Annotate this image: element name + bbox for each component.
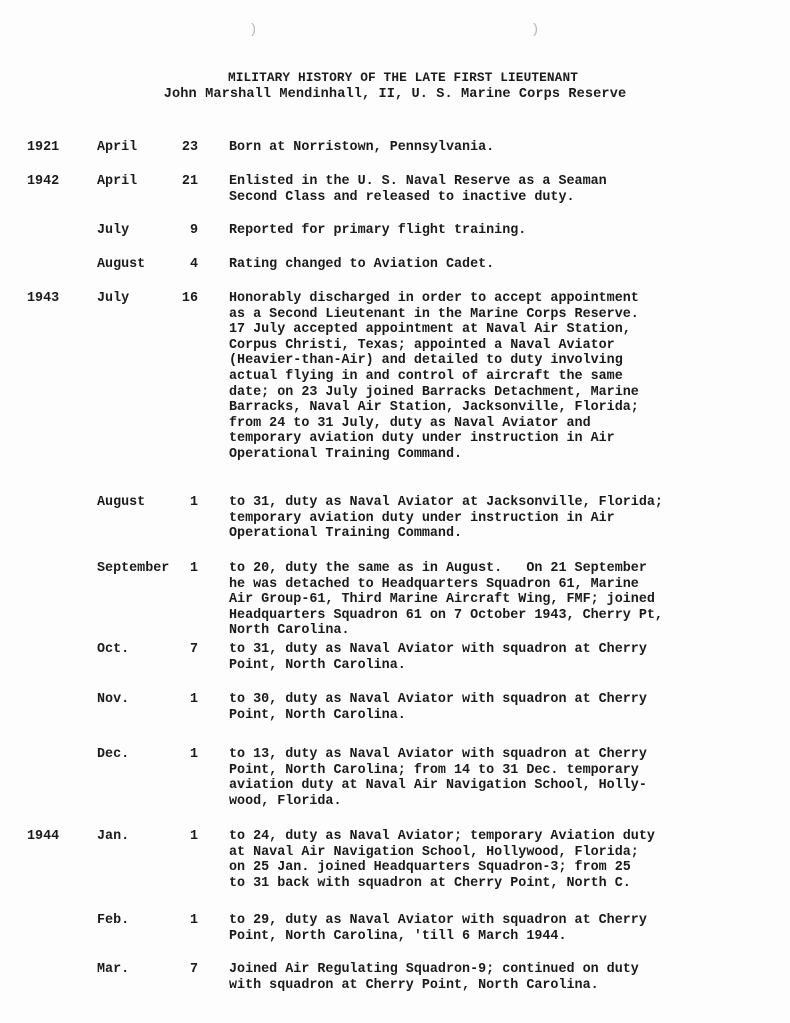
entry-description: to 24, duty as Naval Aviator; temporary …	[229, 829, 789, 891]
entry-month: Nov.	[97, 692, 129, 708]
entry-year: 1942	[27, 174, 59, 190]
entry-description: Reported for primary flight training.	[229, 223, 789, 239]
entry-month: July	[97, 291, 129, 307]
document-subtitle: John Marshall Mendinhall, II, U. S. Mari…	[0, 87, 790, 102]
entry-day: 7	[170, 642, 198, 658]
entry-description: Born at Norristown, Pennsylvania.	[229, 140, 789, 156]
entry-description: to 13, duty as Naval Aviator with squadr…	[229, 747, 789, 809]
entry-description: to 31, duty as Naval Aviator with squadr…	[229, 642, 789, 673]
entry-day: 4	[170, 257, 198, 273]
entry-month: Dec.	[97, 747, 129, 763]
entry-month: Feb.	[97, 913, 129, 929]
entry-description: to 29, duty as Naval Aviator with squadr…	[229, 913, 789, 944]
entry-description: to 31, duty as Naval Aviator at Jacksonv…	[229, 495, 789, 542]
entry-month: Oct.	[97, 642, 129, 658]
entry-day: 23	[170, 140, 198, 156]
entry-month: August	[97, 257, 145, 273]
entry-year: 1944	[27, 829, 59, 845]
entry-description: Rating changed to Aviation Cadet.	[229, 257, 789, 273]
entry-day: 1	[170, 561, 198, 577]
entry-day: 1	[170, 692, 198, 708]
entry-description: to 20, duty the same as in August. On 21…	[229, 561, 789, 639]
entry-month: August	[97, 495, 145, 511]
entry-month: April	[97, 140, 137, 156]
entry-day: 21	[170, 174, 198, 190]
entry-day: 16	[170, 291, 198, 307]
entry-day: 1	[170, 747, 198, 763]
margin-mark-right: )	[531, 22, 539, 38]
entry-description: Enlisted in the U. S. Naval Reserve as a…	[229, 174, 789, 205]
entry-description: Joined Air Regulating Squadron-9; contin…	[229, 962, 789, 993]
entry-day: 1	[170, 913, 198, 929]
margin-mark-left: )	[249, 22, 257, 38]
entry-day: 1	[170, 495, 198, 511]
entry-month: July	[97, 223, 129, 239]
entry-year: 1943	[27, 291, 59, 307]
entry-month: April	[97, 174, 137, 190]
entry-year: 1921	[27, 140, 59, 156]
entry-day: 7	[170, 962, 198, 978]
entry-day: 1	[170, 829, 198, 845]
entry-month: Mar.	[97, 962, 129, 978]
entry-description: Honorably discharged in order to accept …	[229, 291, 789, 463]
document-page: ) ) MILITARY HISTORY OF THE LATE FIRST L…	[0, 0, 790, 1023]
document-title: MILITARY HISTORY OF THE LATE FIRST LIEUT…	[8, 70, 790, 85]
entry-month: September	[97, 561, 169, 577]
entry-description: to 30, duty as Naval Aviator with squadr…	[229, 692, 789, 723]
entry-day: 9	[170, 223, 198, 239]
entry-month: Jan.	[97, 829, 129, 845]
